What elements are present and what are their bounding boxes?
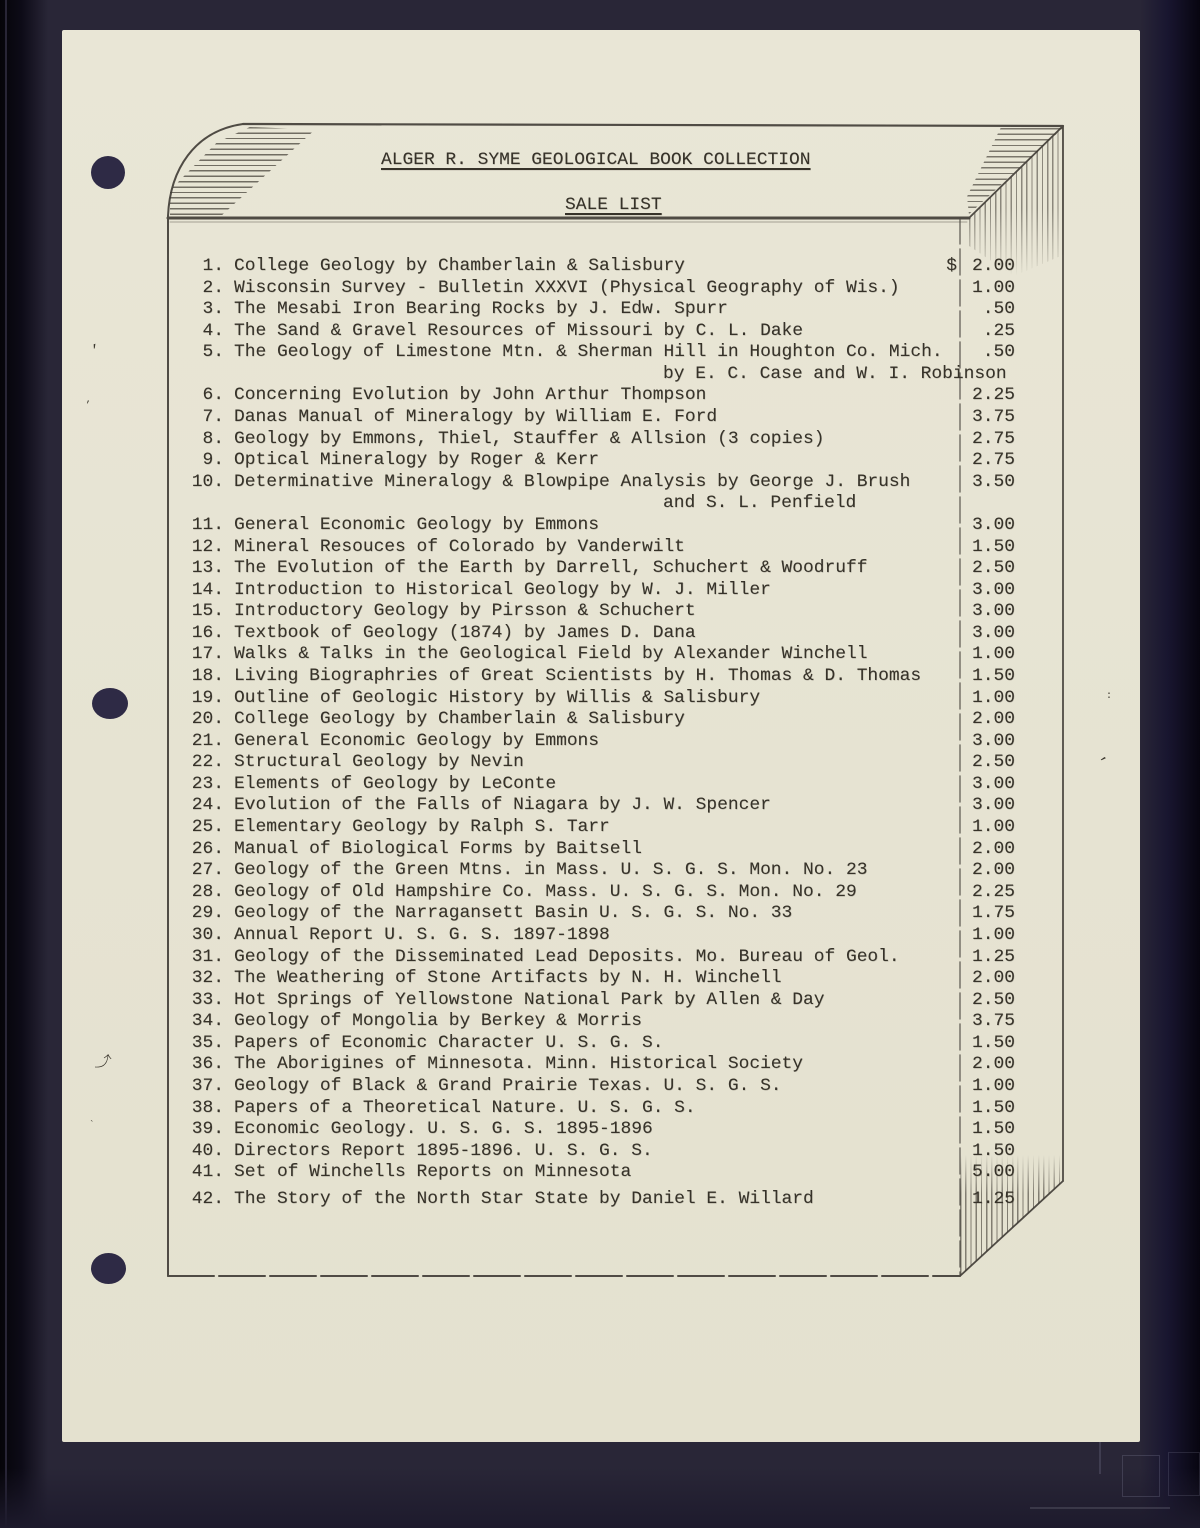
item-price: 1.50 [935, 1098, 1015, 1120]
item-number: 22. [150, 752, 224, 774]
item-title: The Geology of Limestone Mtn. & Sherman … [234, 342, 943, 364]
item-price: 1.00 [935, 1076, 1015, 1098]
item-number: 41. [150, 1162, 224, 1184]
item-title: Introduction to Historical Geology by W.… [234, 580, 771, 602]
list-item: 1. College Geology by Chamberlain & Sali… [62, 256, 1140, 278]
list-item: 22. Structural Geology by Nevin 2.50 [62, 752, 1140, 774]
item-number: 36. [150, 1054, 224, 1076]
list-item: 27. Geology of the Green Mtns. in Mass. … [62, 860, 1140, 882]
item-title: Papers of Economic Character U. S. G. S. [234, 1033, 663, 1055]
page-title: ALGER R. SYME GEOLOGICAL BOOK COLLECTION [381, 149, 810, 171]
list-item: 41. Set of Winchells Reports on Minnesot… [62, 1162, 1140, 1184]
item-price: 2.50 [935, 558, 1015, 580]
item-number: 18. [150, 666, 224, 688]
item-price: 1.25 [935, 1189, 1015, 1211]
item-number: 15. [150, 601, 224, 623]
item-price: 1.50 [935, 537, 1015, 559]
list-item-continuation: and S. L. Penfield [62, 493, 1140, 515]
list-item: 39. Economic Geology. U. S. G. S. 1895-1… [62, 1119, 1140, 1141]
item-number: 32. [150, 968, 224, 990]
list-item: 11. General Economic Geology by Emmons 3… [62, 515, 1140, 537]
list-item: 12. Mineral Resouces of Colorado by Vand… [62, 537, 1140, 559]
item-price: 3.50 [935, 472, 1015, 494]
item-number: 17. [150, 644, 224, 666]
item-title: Geology of Black & Grand Prairie Texas. … [234, 1076, 782, 1098]
item-number: 10. [150, 472, 224, 494]
item-price: 3.00 [935, 774, 1015, 796]
item-number: 42. [150, 1189, 224, 1211]
item-title: Geology of the Green Mtns. in Mass. U. S… [234, 860, 867, 882]
list-item: 38. Papers of a Theoretical Nature. U. S… [62, 1098, 1140, 1120]
item-number: 38. [150, 1098, 224, 1120]
item-title: Concerning Evolution by John Arthur Thom… [234, 385, 706, 407]
item-price: 1.00 [935, 644, 1015, 666]
item-price: 1.50 [935, 666, 1015, 688]
item-price: .50 [935, 342, 1015, 364]
item-number: 4. [150, 321, 224, 343]
list-item: 34. Geology of Mongolia by Berkey & Morr… [62, 1011, 1140, 1033]
item-title: Danas Manual of Mineralogy by William E.… [234, 407, 717, 429]
item-price: 1.25 [935, 947, 1015, 969]
item-number: 37. [150, 1076, 224, 1098]
list-item: 31. Geology of the Disseminated Lead Dep… [62, 947, 1140, 969]
item-title: Geology by Emmons, Thiel, Stauffer & All… [234, 429, 825, 451]
document-page: ALGER R. SYME GEOLOGICAL BOOK COLLECTION… [62, 30, 1140, 1442]
item-number: 34. [150, 1011, 224, 1033]
item-title: Geology of the Narragansett Basin U. S. … [234, 903, 792, 925]
scan-shadow-bottom [0, 1468, 1200, 1528]
item-number: 1. [150, 256, 224, 278]
item-price: 2.00 [935, 709, 1015, 731]
item-number: 28. [150, 882, 224, 904]
item-title: Directors Report 1895-1896. U. S. G. S. [234, 1141, 653, 1163]
item-title: The Aborigines of Minnesota. Minn. Histo… [234, 1054, 803, 1076]
scan-shadow-right [1140, 0, 1200, 1528]
list-item: 26. Manual of Biological Forms by Baitse… [62, 839, 1140, 861]
list-item: 9. Optical Mineralogy by Roger & Kerr 2.… [62, 450, 1140, 472]
item-title: Optical Mineralogy by Roger & Kerr [234, 450, 599, 472]
item-title: Evolution of the Falls of Niagara by J. … [234, 795, 771, 817]
item-price: 3.00 [935, 580, 1015, 602]
list-item: 3. The Mesabi Iron Bearing Rocks by J. E… [62, 299, 1140, 321]
item-title: Geology of Mongolia by Berkey & Morris [234, 1011, 642, 1033]
paper-mark: : [1106, 692, 1112, 702]
item-title: The Story of the North Star State by Dan… [234, 1189, 814, 1211]
item-price: 3.00 [935, 623, 1015, 645]
item-continuation: by E. C. Case and W. I. Robinson [663, 364, 1007, 386]
list-item: 16. Textbook of Geology (1874) by James … [62, 623, 1140, 645]
item-price: 2.25 [935, 882, 1015, 904]
item-number: 31. [150, 947, 224, 969]
item-number: 23. [150, 774, 224, 796]
item-title: Elements of Geology by LeConte [234, 774, 556, 796]
list-item: 5. The Geology of Limestone Mtn. & Sherm… [62, 342, 1140, 364]
item-title: Living Biographries of Great Scientists … [234, 666, 921, 688]
item-price: 3.00 [935, 731, 1015, 753]
paper-mark: ` [89, 1120, 94, 1130]
list-item: 33. Hot Springs of Yellowstone National … [62, 990, 1140, 1012]
list-item: 10. Determinative Mineralogy & Blowpipe … [62, 472, 1140, 494]
list-item: 35. Papers of Economic Character U. S. G… [62, 1033, 1140, 1055]
item-title: The Sand & Gravel Resources of Missouri … [234, 321, 803, 343]
item-price: 3.00 [935, 795, 1015, 817]
paper-mark: ’ [85, 402, 91, 412]
item-title: Hot Springs of Yellowstone National Park… [234, 990, 825, 1012]
item-price: 2.00 [935, 860, 1015, 882]
list-item: 4. The Sand & Gravel Resources of Missou… [62, 321, 1140, 343]
item-number: 19. [150, 688, 224, 710]
item-price: 3.75 [935, 1011, 1015, 1033]
item-number: 2. [150, 278, 224, 300]
item-price: 1.00 [935, 925, 1015, 947]
item-number: 26. [150, 839, 224, 861]
item-number: 25. [150, 817, 224, 839]
page-subtitle: SALE LIST [565, 194, 662, 216]
item-number: 13. [150, 558, 224, 580]
scanned-document-view: { "document": { "title": "ALGER R. SYME … [0, 0, 1200, 1528]
item-number: 20. [150, 709, 224, 731]
list-item: 2. Wisconsin Survey - Bulletin XXXVI (Ph… [62, 278, 1140, 300]
list-item: 21. General Economic Geology by Emmons 3… [62, 731, 1140, 753]
list-item: 23. Elements of Geology by LeConte 3.00 [62, 774, 1140, 796]
list-item: 13. The Evolution of the Earth by Darrel… [62, 558, 1140, 580]
list-item-continuation: by E. C. Case and W. I. Robinson [62, 364, 1140, 386]
item-title: Annual Report U. S. G. S. 1897-1898 [234, 925, 610, 947]
item-number: 5. [150, 342, 224, 364]
item-price: 3.75 [935, 407, 1015, 429]
item-price: 3.00 [935, 601, 1015, 623]
item-price: 1.00 [935, 688, 1015, 710]
list-item: 15. Introductory Geology by Pirsson & Sc… [62, 601, 1140, 623]
binder-spine-highlight [5, 0, 7, 1528]
item-price: 2.25 [935, 385, 1015, 407]
item-title: Introductory Geology by Pirsson & Schuch… [234, 601, 696, 623]
list-item: 20. College Geology by Chamberlain & Sal… [62, 709, 1140, 731]
item-price: 2.50 [935, 752, 1015, 774]
item-price: 1.00 [935, 817, 1015, 839]
list-item: 40. Directors Report 1895-1896. U. S. G.… [62, 1141, 1140, 1163]
list-item: 37. Geology of Black & Grand Prairie Tex… [62, 1076, 1140, 1098]
list-item: 14. Introduction to Historical Geology b… [62, 580, 1140, 602]
list-item: 28. Geology of Old Hampshire Co. Mass. U… [62, 882, 1140, 904]
item-title: Outline of Geologic History by Willis & … [234, 688, 760, 710]
item-title: College Geology by Chamberlain & Salisbu… [234, 256, 685, 278]
list-item: 36. The Aborigines of Minnesota. Minn. H… [62, 1054, 1140, 1076]
item-number: 30. [150, 925, 224, 947]
item-price: 1.50 [935, 1141, 1015, 1163]
item-number: 7. [150, 407, 224, 429]
item-number: 16. [150, 623, 224, 645]
item-number: 35. [150, 1033, 224, 1055]
item-number: 39. [150, 1119, 224, 1141]
list-item: 32. The Weathering of Stone Artifacts by… [62, 968, 1140, 990]
list-item: 6. Concerning Evolution by John Arthur T… [62, 385, 1140, 407]
item-price: 1.50 [935, 1033, 1015, 1055]
item-number: 14. [150, 580, 224, 602]
list-item: 30. Annual Report U. S. G. S. 1897-1898 … [62, 925, 1140, 947]
item-title: The Mesabi Iron Bearing Rocks by J. Edw.… [234, 299, 728, 321]
list-item: 24. Evolution of the Falls of Niagara by… [62, 795, 1140, 817]
item-title: Elementary Geology by Ralph S. Tarr [234, 817, 610, 839]
item-number: 9. [150, 450, 224, 472]
item-number: 12. [150, 537, 224, 559]
item-title: Walks & Talks in the Geological Field by… [234, 644, 867, 666]
list-item: 8. Geology by Emmons, Thiel, Stauffer & … [62, 429, 1140, 451]
item-title: Geology of the Disseminated Lead Deposit… [234, 947, 900, 969]
item-price: 2.00 [935, 839, 1015, 861]
item-title: Determinative Mineralogy & Blowpipe Anal… [234, 472, 910, 494]
item-continuation: and S. L. Penfield [663, 493, 856, 515]
item-title: Wisconsin Survey - Bulletin XXXVI (Physi… [234, 278, 900, 300]
list-item: 7. Danas Manual of Mineralogy by William… [62, 407, 1140, 429]
item-number: 40. [150, 1141, 224, 1163]
item-price: 2.00 [935, 968, 1015, 990]
item-number: 27. [150, 860, 224, 882]
item-title: Set of Winchells Reports on Minnesota [234, 1162, 631, 1184]
item-price: 2.50 [935, 990, 1015, 1012]
item-price: 5.00 [935, 1162, 1015, 1184]
list-item: 19. Outline of Geologic History by Willi… [62, 688, 1140, 710]
item-title: Structural Geology by Nevin [234, 752, 524, 774]
paper-mark: ⤴ [94, 1057, 111, 1069]
item-price: 3.00 [935, 515, 1015, 537]
item-title: College Geology by Chamberlain & Salisbu… [234, 709, 685, 731]
item-title: Geology of Old Hampshire Co. Mass. U. S.… [234, 882, 857, 904]
item-title: The Evolution of the Earth by Darrell, S… [234, 558, 867, 580]
item-number: 8. [150, 429, 224, 451]
item-price: 2.75 [935, 450, 1015, 472]
item-price: .50 [935, 299, 1015, 321]
item-price: 1.75 [935, 903, 1015, 925]
item-title: Papers of a Theoretical Nature. U. S. G.… [234, 1098, 696, 1120]
item-title: Textbook of Geology (1874) by James D. D… [234, 623, 696, 645]
item-title: Economic Geology. U. S. G. S. 1895-1896 [234, 1119, 653, 1141]
item-number: 11. [150, 515, 224, 537]
item-title: The Weathering of Stone Artifacts by N. … [234, 968, 782, 990]
item-number: 24. [150, 795, 224, 817]
item-price: 1.50 [935, 1119, 1015, 1141]
book-list: 1. College Geology by Chamberlain & Sali… [62, 256, 1140, 1210]
item-number: 3. [150, 299, 224, 321]
item-number: 6. [150, 385, 224, 407]
item-title: Manual of Biological Forms by Baitsell [234, 839, 642, 861]
item-title: General Economic Geology by Emmons [234, 731, 599, 753]
item-title: General Economic Geology by Emmons [234, 515, 599, 537]
item-number: 21. [150, 731, 224, 753]
item-price: 2.00 [935, 1054, 1015, 1076]
list-item: 29. Geology of the Narragansett Basin U.… [62, 903, 1140, 925]
item-price: .25 [935, 321, 1015, 343]
list-item: 18. Living Biographries of Great Scienti… [62, 666, 1140, 688]
scan-shadow-left [0, 0, 48, 1528]
item-price: 2.75 [935, 429, 1015, 451]
item-price: 2.00 [935, 256, 1015, 278]
item-title: Mineral Resouces of Colorado by Vanderwi… [234, 537, 685, 559]
list-item: 25. Elementary Geology by Ralph S. Tarr … [62, 817, 1140, 839]
item-number: 29. [150, 903, 224, 925]
list-item: 17. Walks & Talks in the Geological Fiel… [62, 644, 1140, 666]
item-number: 33. [150, 990, 224, 1012]
item-price: 1.00 [935, 278, 1015, 300]
list-item: 42. The Story of the North Star State by… [62, 1189, 1140, 1211]
